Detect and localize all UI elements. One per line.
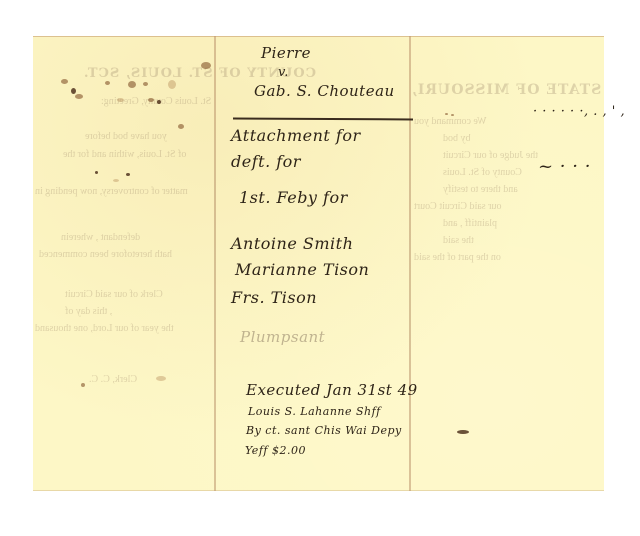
document-paper: COUNTY OF ST. LOUIS, SCT. St. Louis Coun… (33, 36, 604, 491)
garnishee-3: Frs. Tison (231, 288, 317, 307)
docket-rule (233, 118, 413, 120)
fold-line-right (409, 36, 411, 491)
bleed-line: Clerk, C. C. (89, 374, 137, 385)
bleed-line: the said (443, 235, 474, 246)
bleed-line: plaintiff , and (443, 218, 497, 229)
service-sheriff: Louis S. Lahanne Shff (248, 405, 381, 418)
bleed-line: and there to testify (443, 184, 518, 195)
action-line-1: Attachment for (231, 126, 361, 145)
faint-annotation: Plumpsant (240, 328, 325, 346)
service-fee: Yeff $2.00 (245, 444, 306, 457)
pen-marks-lower: ~ · · · (538, 156, 591, 177)
bleed-line: on the part of the said (414, 252, 501, 263)
bleed-line: matter of controversy, now pending in (35, 186, 188, 197)
versus: v. (278, 65, 289, 80)
bleed-line: defendant , wherein (61, 232, 140, 243)
garnishee-1: Antoine Smith (231, 234, 353, 253)
action-line-2: deft. for (231, 152, 301, 171)
return-date: 1st. Feby for (239, 188, 348, 207)
garnishee-2: Marianne Tison (235, 260, 369, 279)
bleed-line: of St. Louis, within and for the (63, 149, 186, 160)
bleed-line: Clerk of our said Circuit (65, 289, 163, 300)
bleed-line: hath heretofore been commenced (39, 249, 172, 260)
bleed-line: the year of our Lord, one thousand (35, 323, 174, 334)
bleed-line: you have bod before (85, 131, 167, 142)
bleed-line: the Judge of our Circuit (443, 150, 538, 161)
fold-line-left (214, 36, 216, 491)
bleed-line: , this day of (65, 306, 112, 317)
defendant-name: Gab. S. Chouteau (254, 82, 395, 100)
bleed-line: We command you (414, 116, 487, 127)
service-deputy: By ct. sant Chis Wai Depy (246, 424, 402, 437)
bleed-line: by bod (443, 133, 471, 144)
plaintiff-name: Pierre (261, 44, 311, 62)
service-executed: Executed Jan 31st 49 (246, 381, 418, 399)
bleed-line: our said Circuit Court (414, 201, 502, 212)
pen-marks-top: · · · · · ·, . , ' , (533, 104, 625, 119)
bleed-header-state: STATE OF MISSOURI, (411, 82, 601, 98)
bleed-line: County of St. Louis (443, 167, 522, 178)
